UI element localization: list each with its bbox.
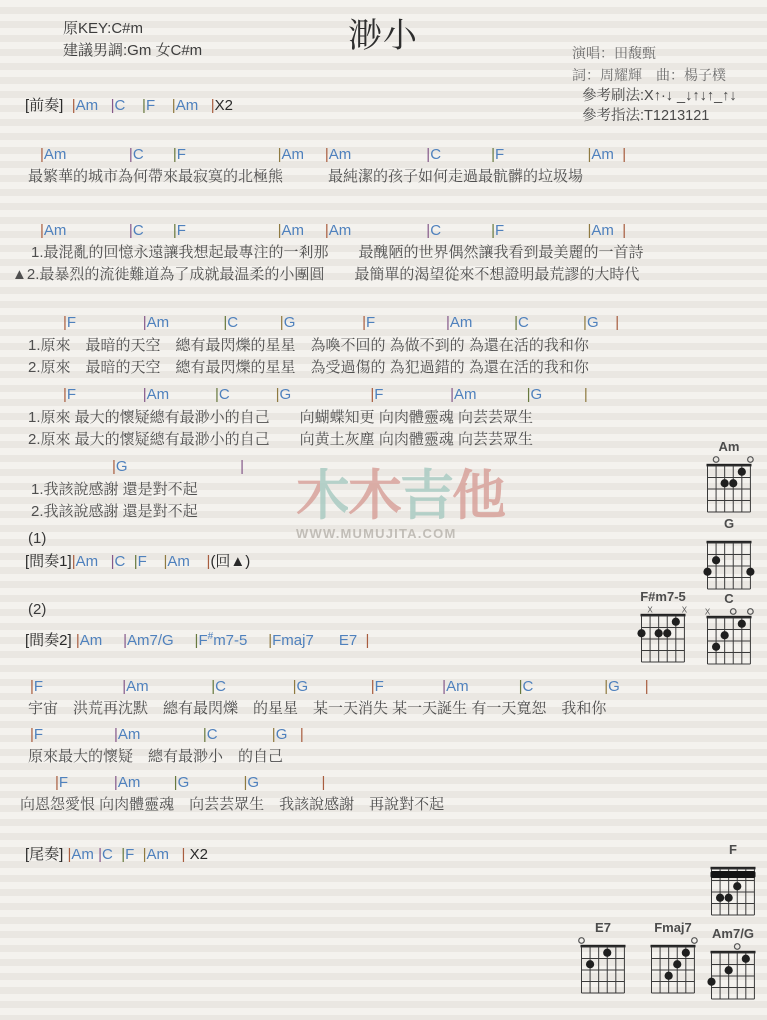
chord-symbol: C [133,222,144,239]
chord-diagram-label: G [702,517,756,531]
score-text: X2 [215,97,233,114]
chord-diagram-label: Am [702,440,756,454]
chord-symbol: C [207,726,218,743]
fretboard-grid [702,532,756,592]
interlude2-line: [間奏2] |Am |Am7/G |F#m7-5 |Fmaj7 E7 | [25,628,369,649]
bar-line: | [584,386,588,403]
score-text: [間奏2] [25,632,72,649]
section-number: (1) [28,530,46,547]
chord-symbol: Am [282,146,305,163]
chord-sheet-page: 原KEY:C#m 建議男調:Gm 女C#m 渺小 演唱：田馥甄 詞：周耀輝 曲：… [0,0,767,1020]
chord-diagram-am7g: Am7/G [706,927,760,1002]
chord-diagram-fm75: F#m7-5XX [636,590,690,665]
lyric-line: 1.最混亂的回憶永遠讓我想起最專注的一剎那 最醜陋的世界偶然讓我看到最美麗的一首… [31,244,644,261]
strum-pattern: 參考刷法:X↑·↓ _↓↑↓↑_↑↓ [572,86,737,106]
watermark-char: 他 [452,468,504,525]
chord-symbol: Am [167,553,190,570]
watermark-url: WWW.MUMUJITA.COM [296,526,486,541]
lyric-line: 2.原來 最暗的天空 總有最閃爍的星星 為受過傷的 為犯過錯的 為還在活的我和你 [28,359,589,376]
chord-diagram-label: F [706,843,760,857]
singer: 演唱：田馥甄 [572,42,737,64]
watermark-char: 木 [296,468,348,525]
chord-symbol: Am [118,726,141,743]
chord-symbol: F [34,726,43,743]
song-credits: 演唱：田馥甄 詞：周耀輝 曲：楊子樸 參考刷法:X↑·↓ _↓↑↓↑_↑↓ 參考… [572,42,737,126]
chord-symbol: Am7/G [127,632,174,649]
bar-line: | [622,222,626,239]
chord-symbol: C [430,222,441,239]
bar-line: | [366,632,370,649]
chord-symbol: Am [591,222,614,239]
chord-line: |F |Am |C |G | [30,726,304,743]
chord-diagram-c: CX [702,592,756,667]
chord-line: |F |Am |C |G |F |Am |G | [63,386,588,403]
score-text: (回▲) [210,553,250,570]
chord-diagram-g: G [702,517,756,592]
chord-symbol: F [495,146,504,163]
chord-symbol: C [133,146,144,163]
chord-symbol: F#m7-5 [198,632,247,649]
fretboard-grid: XX [636,605,690,665]
chord-line: |Am |C |F |Am |Am |C |F |Am | [40,222,626,239]
chord-symbol: F [366,314,375,331]
chord-symbol: G [297,678,309,695]
lyric-line: 最繁華的城市為何帶來最寂寞的北極熊 最純潔的孩子如何走過最骯髒的垃圾場 [28,168,583,185]
chord-symbol: Am [44,222,67,239]
lyric-line: 原來最大的懷疑 總有最渺小 的自己 [28,748,283,765]
intro-line: [前奏] |Am |C |F |Am |X2 [25,97,233,114]
chord-symbol: Am [329,222,352,239]
chord-symbol: C [215,678,226,695]
score-text: [前奏] [25,97,63,114]
chord-symbol: E7 [339,632,357,649]
lyric-line: 1.原來 最暗的天空 總有最閃爍的星星 為喚不回的 為做不到的 為還在活的我和你 [28,337,589,354]
chord-symbol: C [219,386,230,403]
chord-symbol: Am [80,632,103,649]
chord-diagram-label: Am7/G [706,927,760,941]
watermark-logo: 木木吉他 [296,468,486,525]
score-text: X2 [190,846,208,863]
fretboard-grid [706,858,760,918]
chord-symbol: G [280,386,292,403]
chord-symbol: Am [147,386,170,403]
chord-symbol: Am [446,678,469,695]
score-text: [尾奏] [25,846,63,863]
chord-symbol: F [177,222,186,239]
fretboard-grid [706,942,760,1002]
chord-symbol: Am [71,846,94,863]
chord-symbol: C [115,97,126,114]
bar-line: | [622,146,626,163]
chord-symbol: Fmaj7 [272,632,314,649]
chord-symbol: F [34,678,43,695]
interlude1-line: [間奏1]|Am |C |F |Am |(回▲) [25,553,250,570]
chord-line: |F |Am |C |G |F |Am |C |G | [30,678,649,695]
svg-text:X: X [705,608,711,617]
chord-symbol: C [430,146,441,163]
chord-symbol: Am [147,314,170,331]
chord-symbol: Am [591,146,614,163]
chord-symbol: Am [454,386,477,403]
chord-symbol: F [495,222,504,239]
score-text: [間奏1] [25,553,72,570]
lyricist-composer: 詞：周耀輝 曲：楊子樸 [572,64,737,86]
song-title: 渺小 [348,8,418,57]
chord-symbol: Am [282,222,305,239]
chord-diagram-am: Am [702,440,756,515]
chord-symbol: Am [76,553,99,570]
lyric-line: 1.我該說感謝 還是對不起 [31,481,198,498]
chord-diagram-label: C [702,592,756,606]
chord-symbol: G [116,458,128,475]
chord-line: |G | [112,458,244,475]
chord-symbol: Am [450,314,473,331]
chord-line: |F |Am |G |G | [55,774,325,791]
finger-pattern: 參考指法:T1213121 [572,106,737,126]
bar-line: | [240,458,244,475]
key-info: 原KEY:C#m 建議男調:Gm 女C#m [63,18,202,62]
svg-text:X: X [647,606,653,615]
chord-diagram-e7: E7 [576,921,630,996]
bar-line: | [645,678,649,695]
chord-symbol: Am [118,774,141,791]
chord-diagram-label: Fmaj7 [646,921,700,935]
svg-text:X: X [682,606,688,615]
chord-symbol: C [115,553,126,570]
lyric-line: 2.我該說感謝 還是對不起 [31,503,198,520]
fretboard-grid [576,936,630,996]
chord-symbol: G [530,386,542,403]
chord-symbol: F [177,146,186,163]
chord-diagram-fmaj7: Fmaj7 [646,921,700,996]
chord-symbol: G [608,678,620,695]
chord-symbol: Am [126,678,149,695]
chord-symbol: F [146,97,155,114]
chord-line: |F |Am |C |G |F |Am |C |G | [63,314,619,331]
original-key: 原KEY:C#m [63,18,202,40]
chord-symbol: G [276,726,288,743]
chord-symbol: C [522,678,533,695]
chord-symbol: F [59,774,68,791]
chord-symbol: G [247,774,259,791]
bar-line: | [615,314,619,331]
watermark: 木木吉他 WWW.MUMUJITA.COM [296,468,486,541]
chord-symbol: C [518,314,529,331]
chord-symbol: Am [329,146,352,163]
chord-symbol: C [227,314,238,331]
chord-symbol: C [102,846,113,863]
chord-symbol: G [178,774,190,791]
fretboard-grid [646,936,700,996]
chord-symbol: Am [176,97,199,114]
fretboard-grid: X [702,607,756,667]
watermark-char: 吉 [400,468,452,525]
lyric-line: 2.原來 最大的懷疑總有最渺小的自己 向黄土灰塵 向肉體靈魂 向芸芸眾生 [28,431,533,448]
chord-symbol: G [587,314,599,331]
suggested-key: 建議男調:Gm 女C#m [63,40,202,62]
chord-diagram-label: E7 [576,921,630,935]
chord-symbol: Am [147,846,170,863]
fretboard-grid [702,455,756,515]
chord-symbol: Am [44,146,67,163]
chord-symbol: F [67,386,76,403]
watermark-char: 木 [348,468,400,525]
lyric-line: 宇宙 洪荒再沈默 總有最閃爍 的星星 某一天消失 某一天誕生 有一天寬恕 我和你 [28,700,606,717]
chord-symbol: G [284,314,296,331]
lyric-line: ▲2.最暴烈的流徙難道為了成就最温柔的小團圓 最簡單的渴望從來不想證明最荒謬的大… [12,266,639,283]
lyric-line: 1.原來 最大的懷疑總有最渺小的自己 向蝴蝶知更 向肉體靈魂 向芸芸眾生 [28,409,533,426]
chord-symbol: F [138,553,147,570]
chord-symbol: F [375,678,384,695]
bar-line: | [322,774,326,791]
chord-symbol: F [125,846,134,863]
outro-line: [尾奏] |Am |C |F |Am | X2 [25,846,208,863]
chord-diagram-f: F [706,843,760,918]
chord-diagram-label: F#m7-5 [636,590,690,604]
section-number: (2) [28,601,46,618]
chord-symbol: Am [76,97,99,114]
lyric-line: 向恩怨愛恨 向肉體靈魂 向芸芸眾生 我該說感謝 再說對不起 [20,796,444,813]
chord-line: |Am |C |F |Am |Am |C |F |Am | [40,146,626,163]
chord-symbol: F [67,314,76,331]
bar-line: | [300,726,304,743]
